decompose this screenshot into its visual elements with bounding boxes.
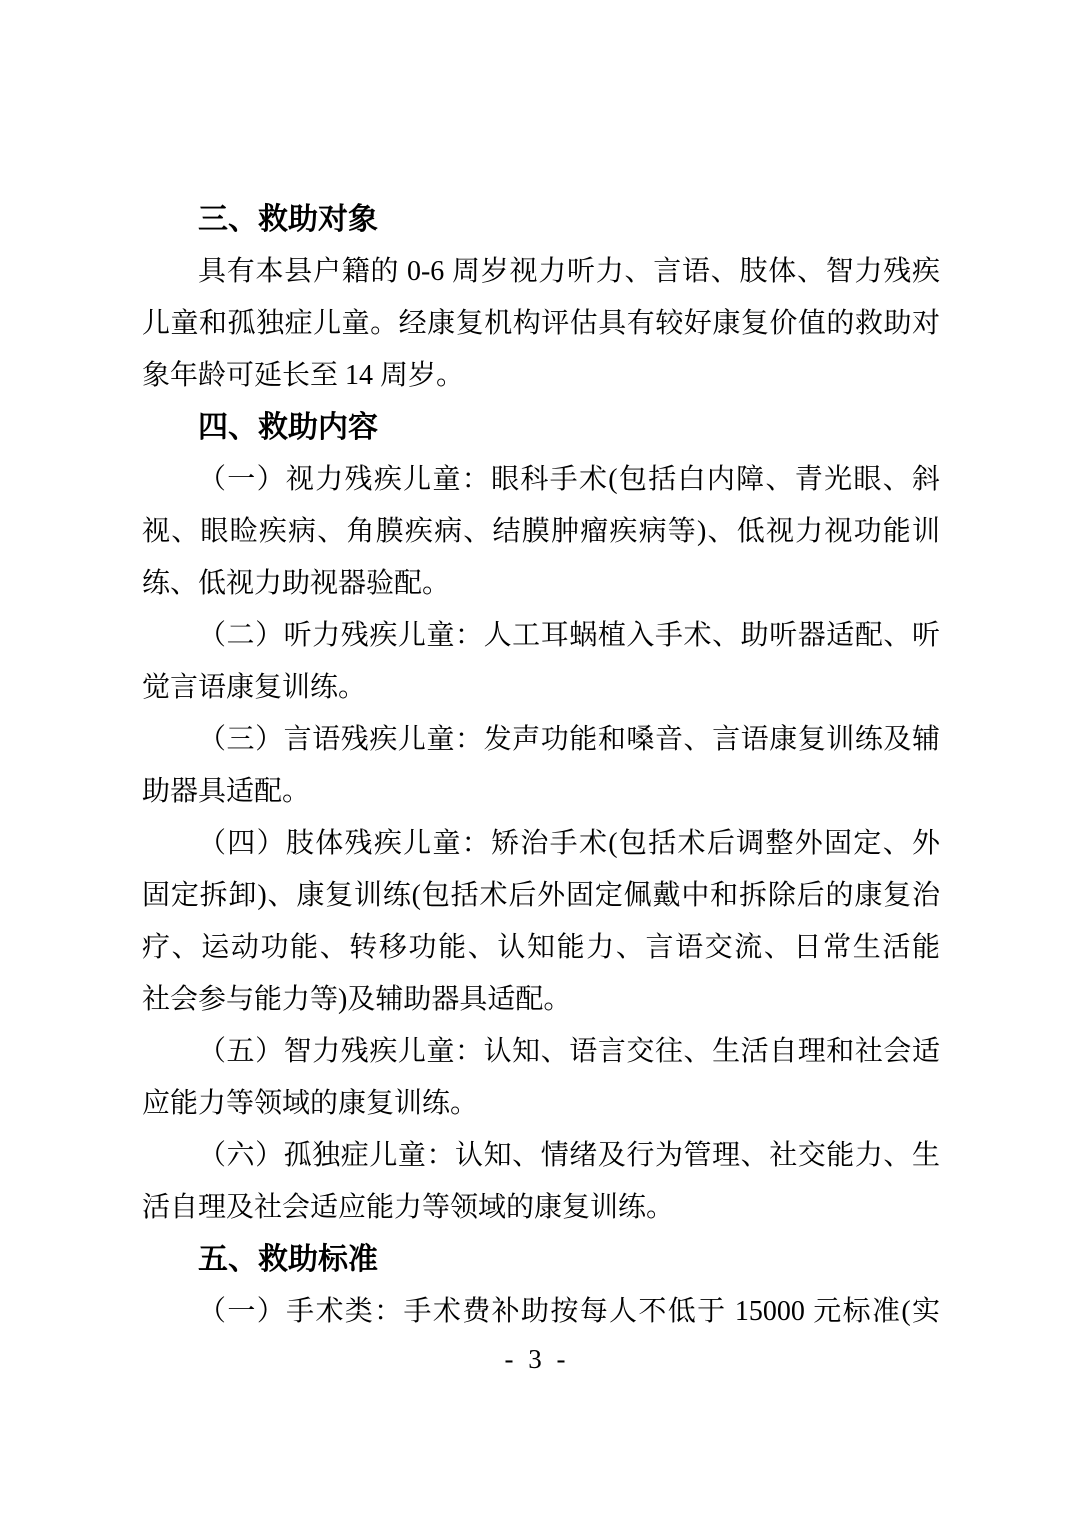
paragraph: （六）孤独症儿童：认知、情绪及行为管理、社交能力、生 活自理及社会适应能力等领域… [142,1130,940,1234]
section-heading: 三、救助对象 [142,194,940,246]
text-line: （三）言语残疾儿童：发声功能和嗓音、言语康复训练及辅 [142,714,940,766]
paragraph: （一）手术类：手术费补助按每人不低于 15000 元标准(实 [142,1286,940,1338]
paragraph: （二）听力残疾儿童：人工耳蜗植入手术、助听器适配、听 觉言语康复训练。 [142,610,940,714]
paragraph: （一）视力残疾儿童：眼科手术(包括白内障、青光眼、斜 视、眼睑疾病、角膜疾病、结… [142,454,940,610]
text-line: 儿童和孤独症儿童。经康复机构评估具有较好康复价值的救助对 [142,298,940,350]
text-line: （二）听力残疾儿童：人工耳蜗植入手术、助听器适配、听 [142,610,940,662]
text-line: 视、眼睑疾病、角膜疾病、结膜肿瘤疾病等)、低视力视功能训 [142,506,940,558]
text-line: 应能力等领域的康复训练。 [142,1078,940,1130]
section-heading: 五、救助标准 [142,1234,940,1286]
text-line: 觉言语康复训练。 [142,662,940,714]
text-line: 象年龄可延长至 14 周岁。 [142,350,940,402]
paragraph: 具有本县户籍的 0-6 周岁视力听力、言语、肢体、智力残疾 儿童和孤独症儿童。经… [142,246,940,402]
text-line: （一）手术类：手术费补助按每人不低于 15000 元标准(实 [142,1286,940,1338]
paragraph: （三）言语残疾儿童：发声功能和嗓音、言语康复训练及辅 助器具适配。 [142,714,940,818]
text-line: （六）孤独症儿童：认知、情绪及行为管理、社交能力、生 [142,1130,940,1182]
text-line: 活自理及社会适应能力等领域的康复训练。 [142,1182,940,1234]
document-page: 三、救助对象 具有本县户籍的 0-6 周岁视力听力、言语、肢体、智力残疾 儿童和… [0,0,1074,1520]
text-line: 具有本县户籍的 0-6 周岁视力听力、言语、肢体、智力残疾 [142,246,940,298]
text-line: 固定拆卸)、康复训练(包括术后外固定佩戴中和拆除后的康复治 [142,870,940,922]
text-line: 疗、运动功能、转移功能、认知能力、言语交流、日常生活能力、 [142,922,940,974]
text-line: （一）视力残疾儿童：眼科手术(包括白内障、青光眼、斜 [142,454,940,506]
paragraph: （五）智力残疾儿童：认知、语言交往、生活自理和社会适 应能力等领域的康复训练。 [142,1026,940,1130]
section-heading: 四、救助内容 [142,402,940,454]
document-body: 三、救助对象 具有本县户籍的 0-6 周岁视力听力、言语、肢体、智力残疾 儿童和… [142,194,940,1338]
page-number: - 3 - [0,1340,1074,1378]
text-line: （四）肢体残疾儿童：矫治手术(包括术后调整外固定、外 [142,818,940,870]
text-line: 助器具适配。 [142,766,940,818]
text-line: 练、低视力助视器验配。 [142,558,940,610]
text-line: （五）智力残疾儿童：认知、语言交往、生活自理和社会适 [142,1026,940,1078]
text-line: 社会参与能力等)及辅助器具适配。 [142,974,940,1026]
paragraph: （四）肢体残疾儿童：矫治手术(包括术后调整外固定、外 固定拆卸)、康复训练(包括… [142,818,940,1026]
